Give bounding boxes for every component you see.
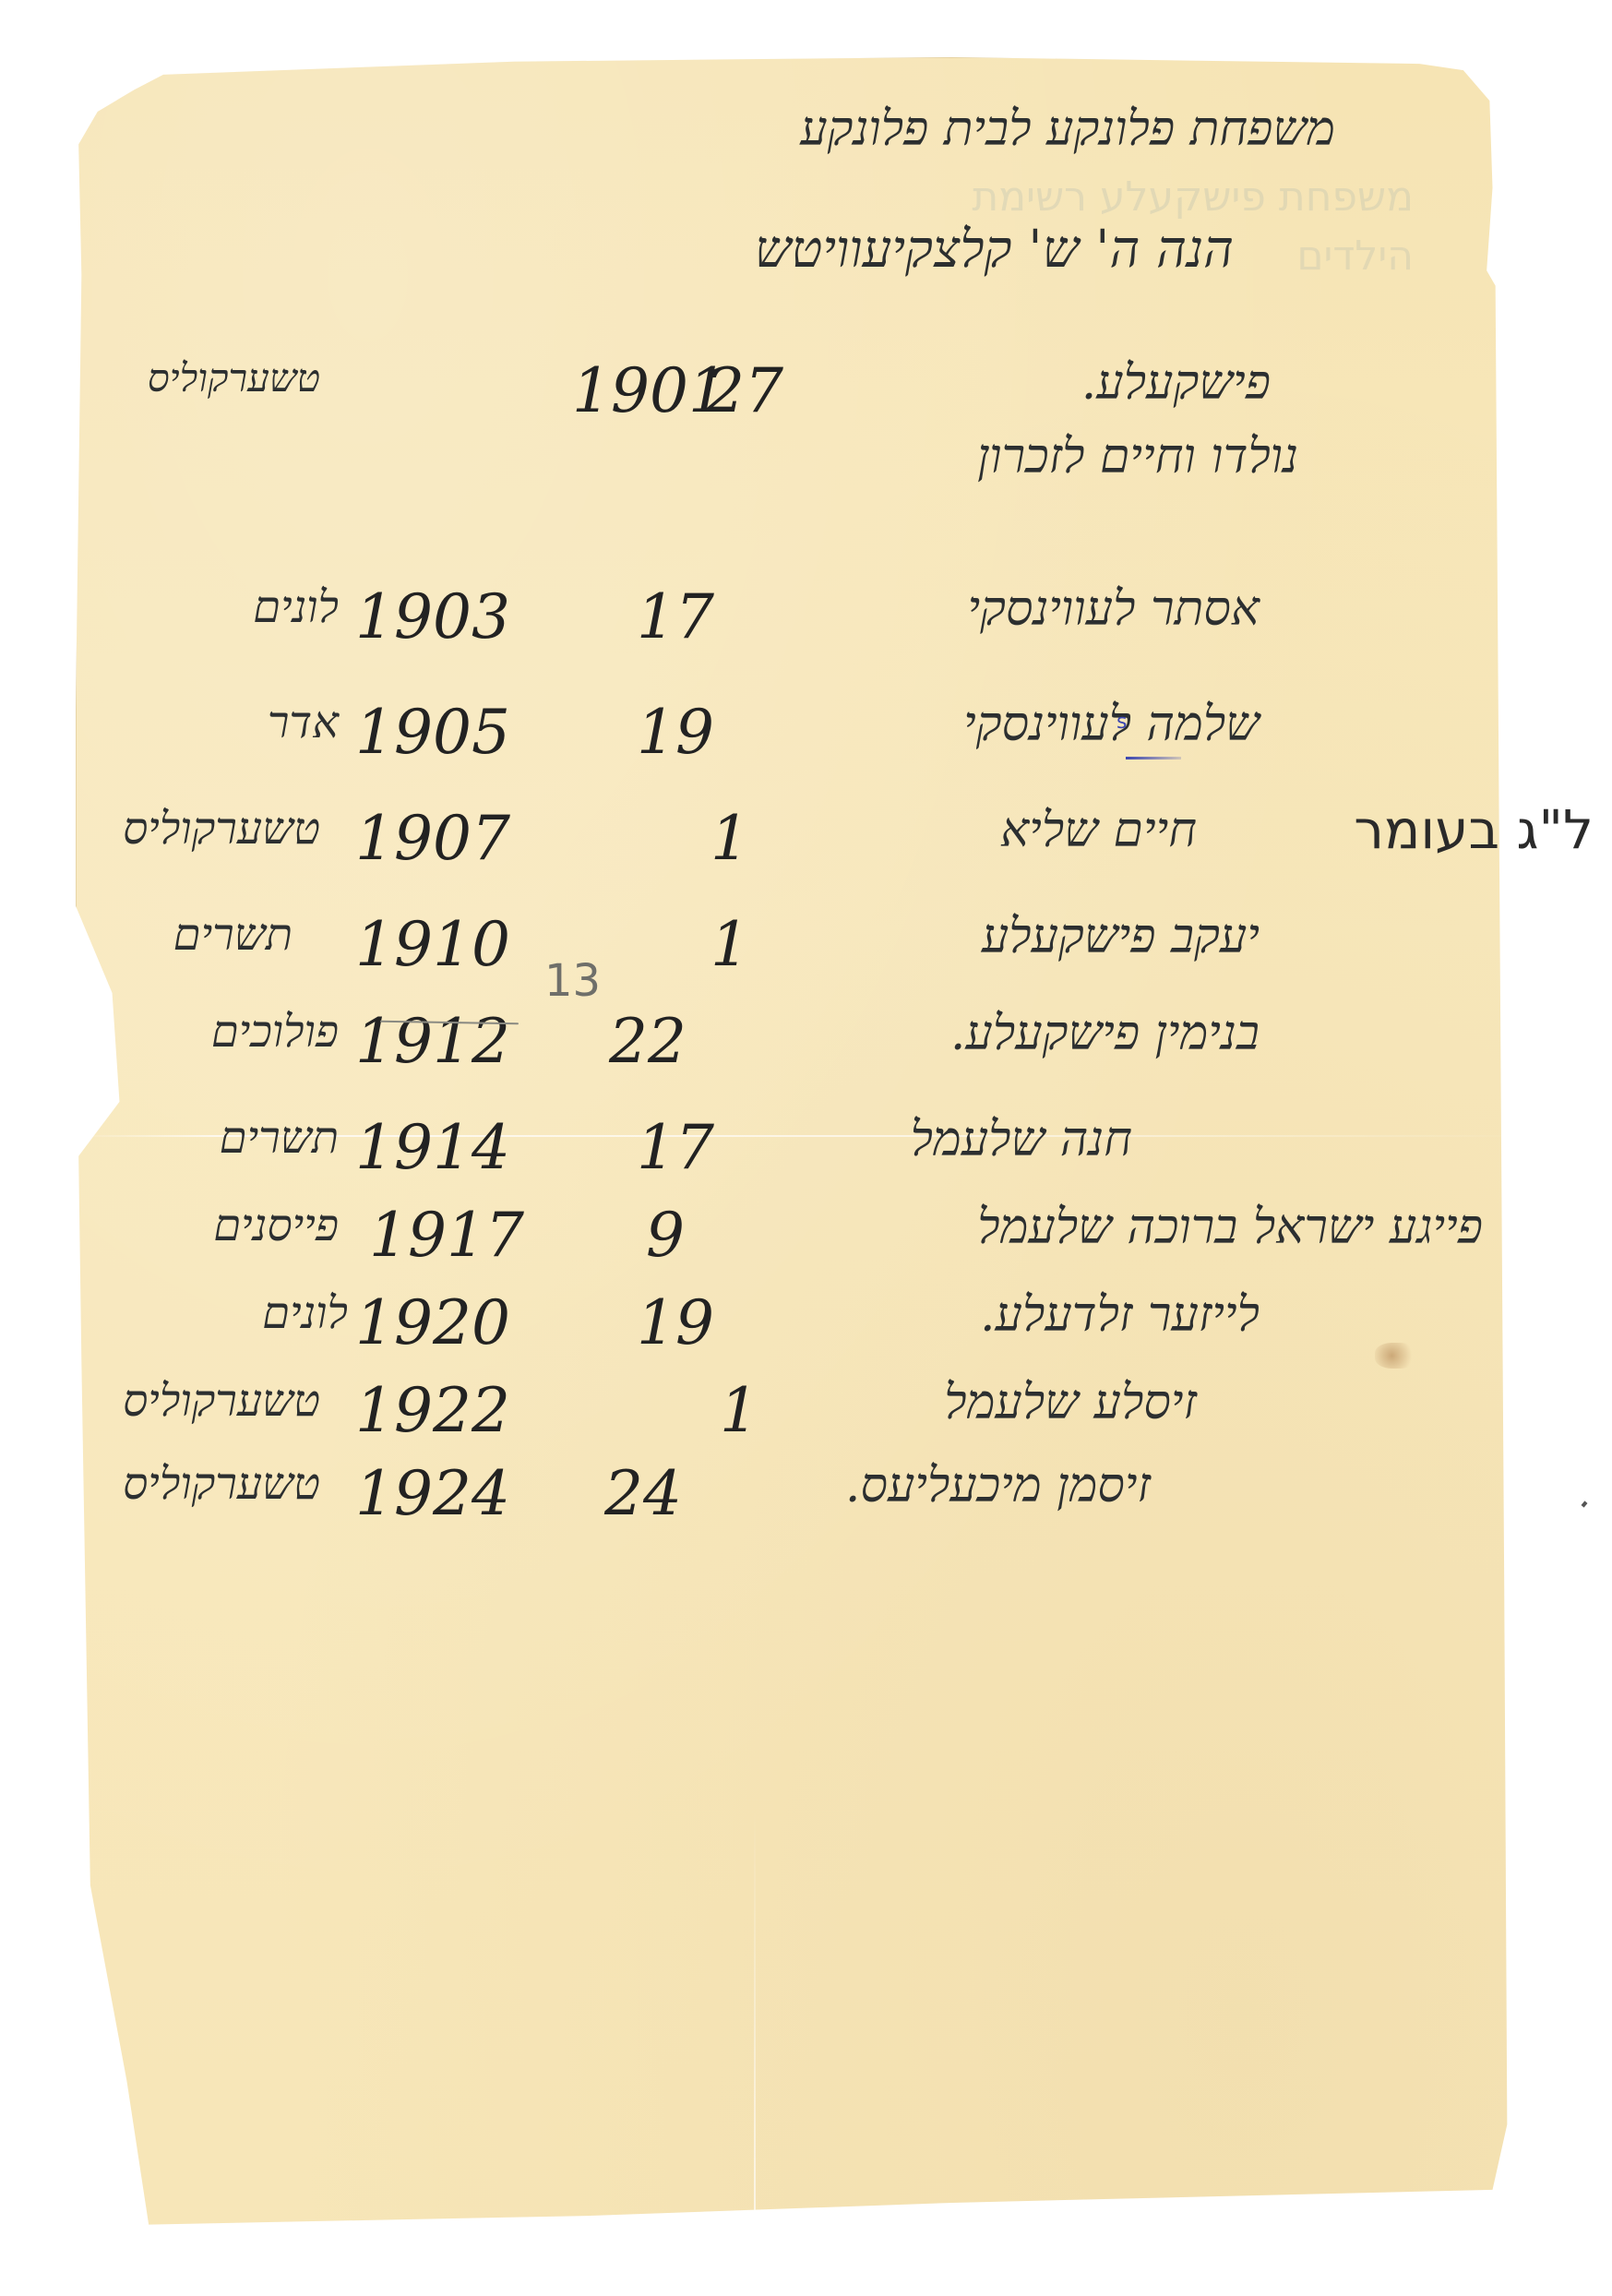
entry-year: 1907 — [355, 803, 510, 874]
entry-name: בנימין פישקעלע. — [950, 1006, 1260, 1061]
blue-ink-mark: ꜱ — [1116, 711, 1127, 734]
pencil-annotation: 13 — [544, 955, 601, 1007]
entry-name: אסתר לעווינסקי — [967, 581, 1260, 637]
entry-year: 1901 — [572, 355, 727, 426]
entry-year: 1905 — [355, 697, 510, 768]
entry-row: זיסמן מיכעליעס. 24 1924 טשערקוליס — [0, 1458, 1612, 1541]
entry-row: חנה שלעמל 17 1914 תשרים — [0, 1112, 1612, 1195]
entry-row: זיסלע שלעמל 1 1922 טשערקוליס — [0, 1375, 1612, 1458]
entry-year: 1924 — [355, 1458, 510, 1529]
entry-name: חיים שליא — [1000, 803, 1197, 858]
entry-day: 17 — [637, 581, 714, 652]
entry-row: שלמה לעווינסקי 19 1905 אדר — [0, 697, 1612, 780]
entry-year: 1922 — [355, 1375, 510, 1446]
entry-day: 22 — [609, 1006, 687, 1077]
entry-row-1901: פישקעלע. 27 1901 טשערקוליס — [0, 355, 1612, 438]
entry-row: בנימין פישקעלע. 22 1912 פולוכים — [0, 1006, 1612, 1089]
blue-ink-dash — [1126, 757, 1181, 759]
entry-day: 19 — [637, 697, 714, 768]
entry-month: טשערקוליס — [148, 355, 320, 401]
header-line-4: נולדו וחיים לזכרון — [977, 429, 1298, 484]
entry-year: 1914 — [355, 1112, 510, 1183]
entry-day: 24 — [604, 1458, 682, 1529]
entry-row: אסתר לעווינסקי 17 1903 לונים — [0, 581, 1612, 664]
entry-name: זיסלע שלעמל — [944, 1375, 1197, 1430]
entry-name: חנה שלעמל — [911, 1112, 1132, 1167]
entry-month: תשרים — [173, 909, 293, 961]
entry-row: פייגע ישראל ברוכה שלעמל 9 1917 פייסנים — [0, 1200, 1612, 1283]
paper-stain — [1375, 1343, 1417, 1369]
entry-month: אדר — [268, 697, 339, 748]
vertical-tear — [754, 1811, 756, 2235]
entry-year: 1912 — [355, 1006, 510, 1077]
entry-year: 1910 — [355, 909, 510, 980]
entry-month: טשערקוליס — [123, 1375, 320, 1427]
entry-name: זיסמן מיכעליעס. — [845, 1458, 1151, 1513]
margin-note-lag-baomer: ל"ג בעומר — [1354, 798, 1594, 861]
header-line-2: הנה ה' ש' קלצקיעוויטש — [755, 220, 1234, 280]
entry-year: 1903 — [355, 581, 510, 652]
entry-month: לונים — [262, 1287, 348, 1339]
entry-day: 9 — [646, 1200, 685, 1271]
entry-day: 1 — [710, 909, 749, 980]
entry-month: טשערקוליס — [123, 1458, 320, 1510]
entry-month: תשרים — [220, 1112, 339, 1164]
entry-name: שלמה לעווינסקי — [963, 697, 1260, 752]
entry-day: 1 — [720, 1375, 758, 1446]
entry-month: פייסנים — [213, 1200, 339, 1251]
entry-month: לונים — [253, 581, 339, 633]
entry-row: יעקב פישקעלע 1 1910 תשרים — [0, 909, 1612, 992]
entry-month: פולוכים — [211, 1006, 339, 1058]
entry-name: לייזער זלדעלע. — [980, 1287, 1260, 1343]
entry-name: פייגע ישראל ברוכה שלעמל — [977, 1200, 1483, 1255]
header-line-1: משפחת פלונקע לבית פלונקע — [800, 102, 1335, 157]
entry-name: יעקב פישקעלע — [982, 909, 1260, 964]
entry-name: פישקעלע. — [1081, 355, 1271, 411]
entry-day: 19 — [637, 1287, 714, 1358]
entry-day: 17 — [637, 1112, 714, 1183]
entry-row: לייזער זלדעלע. 19 1920 לונים — [0, 1287, 1612, 1370]
entry-day: 1 — [710, 803, 749, 874]
entry-month: טשערקוליס — [123, 803, 320, 855]
entry-year: 1917 — [369, 1200, 524, 1271]
entry-year: 1920 — [355, 1287, 510, 1358]
